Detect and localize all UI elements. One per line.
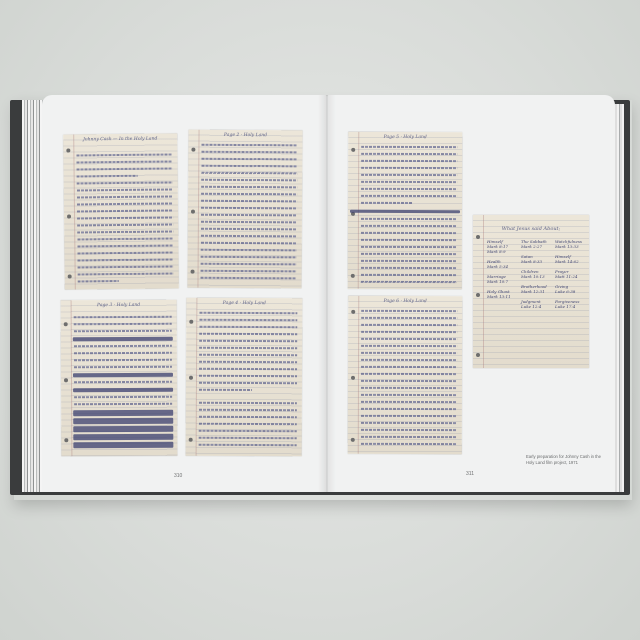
handwriting-line xyxy=(77,195,173,198)
handwriting-line xyxy=(361,352,457,354)
crossed-out-line xyxy=(73,388,173,393)
sheet-title: Page 5 · Holy Land xyxy=(348,135,462,140)
topic-column-3: Watchfulness Mark 13:33 Himself Mark 14:… xyxy=(555,239,582,309)
handwriting-line xyxy=(76,160,172,163)
handwriting-line xyxy=(199,409,297,412)
handwriting-line xyxy=(77,209,173,212)
handwriting-line xyxy=(78,280,119,282)
sheet-title: Page 6 · Holy Land xyxy=(348,299,462,304)
handwriting-line xyxy=(77,175,138,178)
handwriting-line xyxy=(199,382,297,385)
binder-hole xyxy=(64,378,68,382)
handwriting-line xyxy=(201,151,297,154)
handwriting-line xyxy=(74,381,172,384)
handwriting-line xyxy=(361,443,457,445)
crossed-out-line xyxy=(73,442,173,449)
handwriting-line xyxy=(361,429,457,431)
handwriting-line xyxy=(361,436,457,438)
handwriting-line xyxy=(77,244,173,247)
handwriting-line xyxy=(77,216,173,219)
handwriting-line xyxy=(199,430,297,433)
handwriting-line xyxy=(77,251,173,254)
binder-hole xyxy=(189,320,193,324)
handwriting-line xyxy=(199,375,297,378)
handwriting-line xyxy=(201,277,297,280)
handwriting-line xyxy=(361,331,457,333)
topic-column-1: Himself Mark 8:17 Mark 8:9 Health Mark 5… xyxy=(487,239,511,299)
handwriting-line xyxy=(361,310,457,312)
binder-hole xyxy=(476,235,480,239)
handwriting-line xyxy=(361,253,457,255)
handwriting-line xyxy=(74,352,172,355)
handwriting-line xyxy=(74,403,172,406)
sheet-title: Page 2 · Holy Land xyxy=(188,133,302,139)
crossed-out-line xyxy=(73,426,173,433)
sheet-title: Page 4 · Holy Land xyxy=(186,301,302,307)
handwriting-line xyxy=(199,437,297,440)
handwriting-line xyxy=(199,347,297,350)
crossed-out-line xyxy=(73,410,173,417)
handwriting-line xyxy=(199,354,297,357)
handwriting-line xyxy=(361,146,457,148)
handwriting-line xyxy=(199,389,252,391)
handwriting-line xyxy=(199,312,297,315)
handwriting-line xyxy=(201,158,297,161)
handwriting-line xyxy=(199,444,297,447)
handwriting-line xyxy=(361,415,457,417)
binder-hole xyxy=(191,270,195,274)
handwriting-line xyxy=(201,172,297,175)
handwriting-line xyxy=(361,174,457,176)
manuscript-sheet-5: Page 5 · Holy Land xyxy=(348,132,463,289)
handwriting-line xyxy=(201,256,297,259)
handwriting-line xyxy=(201,200,297,203)
page-edges-left xyxy=(22,100,44,492)
manuscript-sheet-6: Page 6 · Holy Land xyxy=(348,296,463,454)
handwriting-line xyxy=(199,368,297,371)
handwriting-line xyxy=(201,179,297,182)
handwriting-line xyxy=(78,265,174,268)
handwriting-line xyxy=(201,242,297,245)
handwriting-line xyxy=(201,228,297,231)
figure-caption: Early preparation for Johnny Cash in the… xyxy=(526,454,606,465)
handwriting-line xyxy=(199,402,297,405)
handwriting-line xyxy=(199,340,297,343)
binder-hole xyxy=(351,310,355,314)
sheet-title: Johnny Cash — In the Holy Land xyxy=(63,136,177,142)
handwriting-line xyxy=(77,258,173,261)
crossed-out-line xyxy=(73,337,173,342)
manuscript-sheet-3: Page 3 · Holy Land xyxy=(61,300,178,457)
handwriting-line xyxy=(201,214,297,217)
handwriting-line xyxy=(361,167,457,169)
handwriting-line xyxy=(77,202,173,205)
handwriting-line xyxy=(361,274,457,276)
handwriting-line xyxy=(74,345,172,348)
binder-hole xyxy=(476,293,480,297)
manuscript-sheet-topics: What Jesus said About; Himself Mark 8:17… xyxy=(473,215,589,368)
handwriting-line xyxy=(361,380,457,382)
handwriting-line xyxy=(361,422,457,424)
handwriting-line xyxy=(201,186,297,189)
handwriting-line xyxy=(74,316,172,319)
handwriting-line xyxy=(361,281,457,283)
handwriting-line xyxy=(77,188,173,191)
handwriting-line xyxy=(361,401,457,403)
manuscript-sheet-4: Page 4 · Holy Land xyxy=(186,298,303,457)
handwriting-line xyxy=(78,272,174,275)
topic-column-2: The Sabbath Mark 2:27 Satan Mark 8:33 Ch… xyxy=(521,239,547,309)
sheet-title: What Jesus said About; xyxy=(473,226,589,232)
handwriting-line xyxy=(361,239,457,241)
binder-hole xyxy=(351,376,355,380)
book-gutter xyxy=(318,95,336,492)
handwriting-line xyxy=(76,153,172,156)
handwriting-line xyxy=(361,408,457,410)
handwriting-line xyxy=(199,416,297,419)
binder-hole xyxy=(351,438,355,442)
handwriting-line xyxy=(201,235,297,238)
page-number-right: 311 xyxy=(466,471,474,477)
handwriting-line xyxy=(201,144,297,147)
page-number-left: 310 xyxy=(174,473,182,479)
binder-hole xyxy=(189,438,193,442)
binder-hole xyxy=(64,322,68,326)
binder-hole xyxy=(191,148,195,152)
binder-hole xyxy=(66,149,70,153)
handwriting-line xyxy=(201,263,297,266)
handwriting-line xyxy=(361,373,457,375)
handwriting-line xyxy=(361,195,457,197)
handwriting-line xyxy=(201,165,297,168)
binder-hole xyxy=(64,438,68,442)
handwriting-line xyxy=(361,359,457,361)
handwriting-line xyxy=(199,319,297,322)
handwriting-line xyxy=(199,361,297,364)
handwriting-line xyxy=(361,345,457,347)
handwriting-line xyxy=(74,323,172,326)
handwriting-line xyxy=(361,188,457,190)
handwriting-line xyxy=(74,366,172,369)
handwriting-line xyxy=(361,260,457,262)
handwriting-line xyxy=(201,249,297,252)
binder-hole xyxy=(191,210,195,214)
handwriting-line xyxy=(74,396,172,399)
handwriting-line xyxy=(77,223,173,226)
handwriting-line xyxy=(77,181,173,184)
manuscript-sheet-2: Page 2 · Holy Land xyxy=(187,130,302,289)
handwriting-line xyxy=(361,387,457,389)
handwriting-line xyxy=(201,221,297,224)
handwriting-line xyxy=(199,423,297,426)
handwriting-line xyxy=(361,181,457,183)
handwriting-line xyxy=(361,153,457,155)
handwriting-line xyxy=(199,333,297,336)
handwriting-line xyxy=(361,366,457,368)
handwriting-line xyxy=(201,270,297,273)
handwriting-line xyxy=(361,232,457,234)
handwriting-line xyxy=(74,359,172,362)
handwriting-line xyxy=(361,218,457,220)
crossed-out-line xyxy=(350,210,460,213)
handwriting-line xyxy=(201,193,297,196)
handwriting-line xyxy=(361,267,457,269)
binder-hole xyxy=(476,353,480,357)
binder-hole xyxy=(189,376,193,380)
crossed-out-line xyxy=(73,418,173,425)
sheet-title: Page 3 · Holy Land xyxy=(61,303,177,309)
binder-hole xyxy=(67,215,71,219)
handwriting-line xyxy=(361,338,457,340)
handwriting-line xyxy=(77,167,173,170)
binder-hole xyxy=(68,275,72,279)
crossed-out-line xyxy=(73,373,173,378)
handwriting-line xyxy=(74,330,172,333)
handwriting-line xyxy=(361,160,457,162)
handwriting-line xyxy=(77,230,173,233)
handwriting-line xyxy=(361,324,457,326)
binder-hole xyxy=(351,274,355,278)
binder-hole xyxy=(351,148,355,152)
manuscript-sheet-1: Johnny Cash — In the Holy Land xyxy=(63,133,179,289)
handwriting-line xyxy=(201,207,297,210)
handwriting-line xyxy=(361,394,457,396)
handwriting-line xyxy=(361,246,457,248)
handwriting-line xyxy=(361,317,457,319)
handwriting-line xyxy=(77,237,173,240)
handwriting-line xyxy=(361,202,412,204)
crossed-out-line xyxy=(73,434,173,441)
handwriting-line xyxy=(361,225,457,227)
handwriting-line xyxy=(199,326,297,329)
